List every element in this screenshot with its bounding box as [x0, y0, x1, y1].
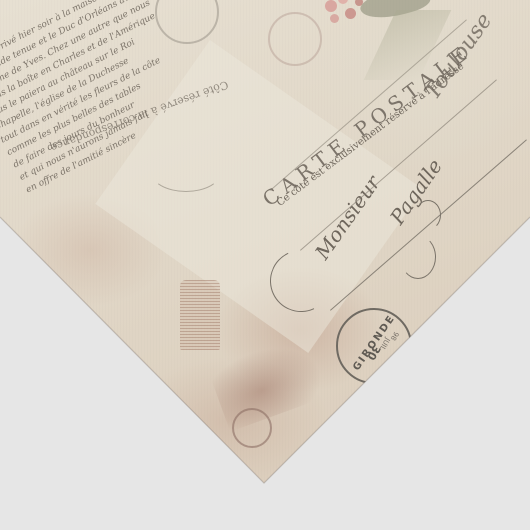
calligraphy-swirl — [415, 200, 441, 230]
eagle-engraving — [206, 328, 333, 431]
faded-postmark — [268, 12, 322, 66]
calligraphy-swirl — [400, 235, 436, 279]
product-photo: Je suis arrivé hier soir à la maison de … — [0, 0, 530, 530]
sepia-postmark — [232, 408, 272, 448]
decoupage-paper-corner: Je suis arrivé hier soir à la maison de … — [0, 0, 530, 530]
calligraphy-swirl — [150, 150, 222, 192]
monument-engraving — [180, 280, 220, 350]
gironde-postmark: GIRONDE 30 JUIL 98 — [336, 308, 412, 384]
flower-bouquet-illustration — [300, 0, 450, 80]
